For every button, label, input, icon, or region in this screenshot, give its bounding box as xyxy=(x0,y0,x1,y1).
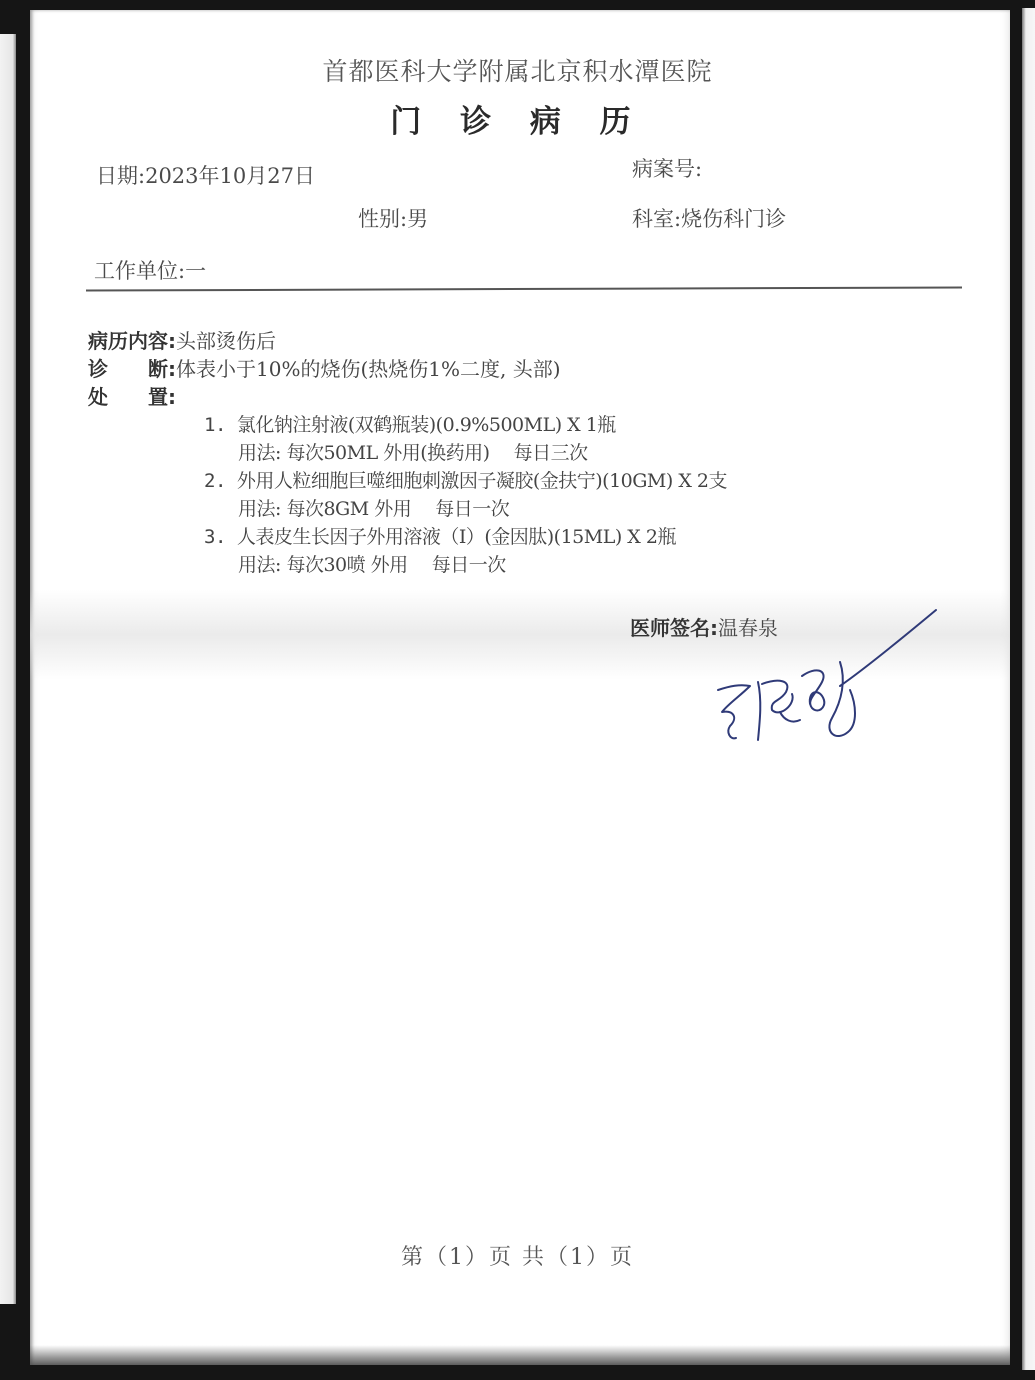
treatment-label: 处 置: xyxy=(88,385,176,409)
document-title: 门 诊 病 历 xyxy=(0,96,1035,141)
date-value: 2023年10月27日 xyxy=(145,164,315,188)
history-label: 病历内容: xyxy=(88,329,176,353)
prescription-usage: 用法: 每次50ML 外用(换药用) 每日三次 xyxy=(238,438,588,465)
page-number: 第（1）页 共（1）页 xyxy=(0,1240,1035,1271)
treatment-row: 处 置: xyxy=(88,381,176,410)
diagnosis-row: 诊 断:体表小于10%的烧伤(热烧伤1%二度, 头部) xyxy=(88,353,561,382)
prescription-item: 3. 人表皮生长因子外用溶液（I）(金因肽)(15ML) X 2瓶 xyxy=(204,522,676,549)
workplace-value: 一 xyxy=(185,259,206,283)
date-label: 日期: xyxy=(96,164,145,188)
gender-value: 男 xyxy=(407,207,428,231)
department-value: 烧伤科门诊 xyxy=(681,207,786,231)
prescription-drug: 人表皮生长因子外用溶液（I）(金因肽)(15ML) X 2瓶 xyxy=(237,526,676,548)
prescription-item: 2. 外用人粒细胞巨噬细胞刺激因子凝胶(金扶宁)(10GM) X 2支 xyxy=(204,466,727,493)
history-value: 头部烫伤后 xyxy=(176,329,276,353)
diagnosis-label: 诊 断: xyxy=(88,357,176,381)
department-label: 科室: xyxy=(632,207,681,231)
handwritten-signature xyxy=(700,600,960,760)
prescription-usage: 用法: 每次8GM 外用 每日一次 xyxy=(238,494,509,521)
prescription-index: 3. xyxy=(204,526,226,548)
record-number-label: 病案号: xyxy=(632,157,702,181)
gender-label: 性别: xyxy=(358,207,407,231)
workplace-label: 工作单位: xyxy=(94,259,185,283)
prescription-drug: 外用人粒细胞巨噬细胞刺激因子凝胶(金扶宁)(10GM) X 2支 xyxy=(237,470,727,492)
record-number-field: 病案号: xyxy=(632,153,702,183)
adjacent-page-right-edge xyxy=(1022,8,1035,1370)
hospital-name: 首都医科大学附属北京积水潭医院 xyxy=(0,52,1035,88)
gender-field: 性别:男 xyxy=(358,203,428,233)
workplace-field: 工作单位:一 xyxy=(94,255,206,285)
diagnosis-value: 体表小于10%的烧伤(热烧伤1%二度, 头部) xyxy=(176,357,561,381)
paper-bottom-shadow xyxy=(30,1345,1010,1365)
prescription-drug: 氯化钠注射液(双鹤瓶装)(0.9%500ML) X 1瓶 xyxy=(237,414,616,436)
prescription-index: 2. xyxy=(204,470,226,492)
prescription-usage: 用法: 每次30喷 外用 每日一次 xyxy=(238,550,506,577)
date-field: 日期:2023年10月27日 xyxy=(96,160,315,190)
prescription-item: 1. 氯化钠注射液(双鹤瓶装)(0.9%500ML) X 1瓶 xyxy=(204,410,616,437)
prescription-index: 1. xyxy=(204,414,226,436)
adjacent-page-left-edge xyxy=(0,34,16,1304)
department-field: 科室:烧伤科门诊 xyxy=(632,203,786,233)
history-row: 病历内容:头部烫伤后 xyxy=(88,325,276,354)
